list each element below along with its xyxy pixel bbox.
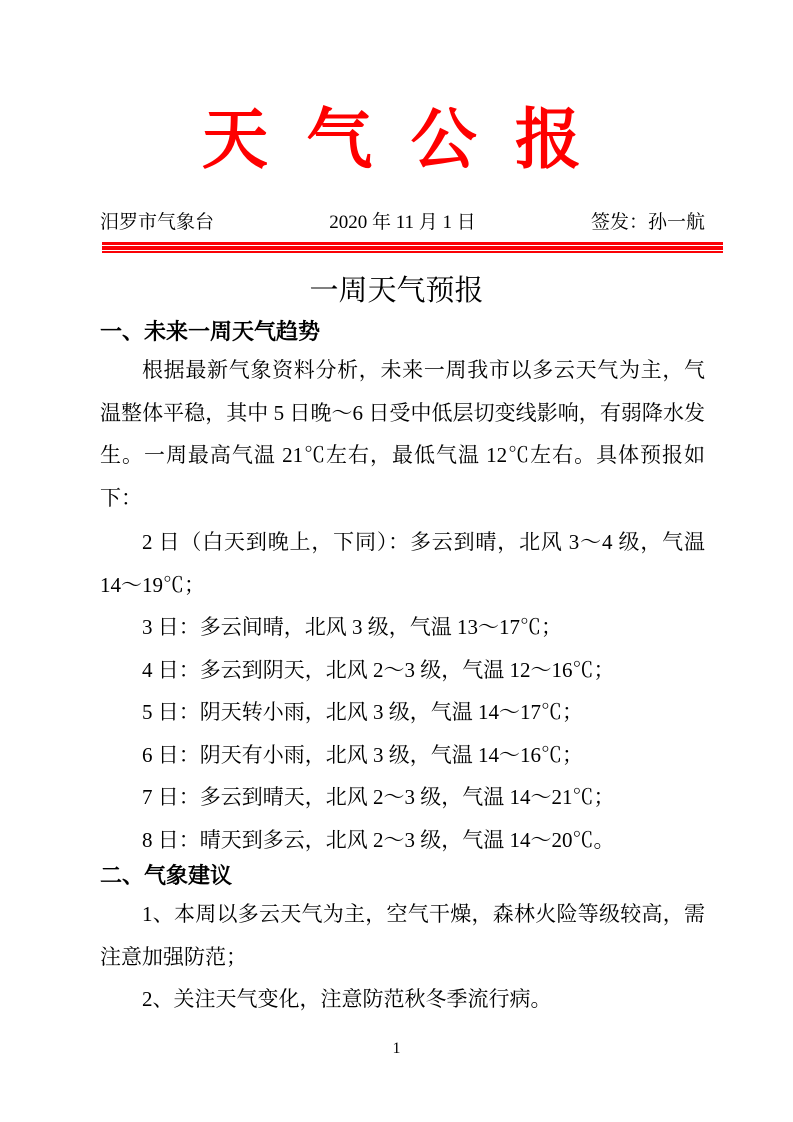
forecast-line-day5: 5 日：阴天转小雨，北风 3 级，气温 14～17℃； <box>100 691 705 734</box>
section-1-intro-paragraph: 根据最新气象资料分析，未来一周我市以多云天气为主，气温整体平稳，其中 5 日晚～… <box>100 349 705 519</box>
section-2-heading: 二、气象建议 <box>100 859 705 893</box>
issuer-signature: 签发：孙一航 <box>591 210 705 236</box>
forecast-line-day8: 8 日：晴天到多云，北风 2～3 级，气温 14～20℃。 <box>100 819 705 862</box>
suggestion-line-2: 2、关注天气变化，注意防范秋冬季流行病。 <box>100 978 705 1021</box>
forecast-line-day4: 4 日：多云到阴天，北风 2～3 级，气温 12～16℃； <box>100 649 705 692</box>
forecast-line-day3: 3 日：多云间晴，北风 3 级，气温 13～17℃； <box>100 606 705 649</box>
weather-bulletin-page: 天 气 公 报 汨罗市气象台 2020 年 11 月 1 日 签发：孙一航 一周… <box>0 0 793 1122</box>
issuing-agency: 汨罗市气象台 <box>100 210 214 236</box>
rule-line-bottom <box>102 251 723 253</box>
document-body: 一、未来一周天气趋势 根据最新气象资料分析，未来一周我市以多云天气为主，气温整体… <box>100 315 705 1021</box>
red-divider-rule <box>102 242 723 253</box>
document-title: 天 气 公 报 <box>0 98 793 180</box>
issue-date: 2020 年 11 月 1 日 <box>329 210 476 236</box>
document-header: 汨罗市气象台 2020 年 11 月 1 日 签发：孙一航 <box>100 210 705 236</box>
page-number: 1 <box>0 1038 793 1060</box>
suggestion-line-1: 1、本周以多云天气为主，空气干燥，森林火险等级较高，需注意加强防范； <box>100 893 705 978</box>
forecast-line-day7: 7 日：多云到晴天，北风 2～3 级，气温 14～21℃； <box>100 776 705 819</box>
section-1-heading: 一、未来一周天气趋势 <box>100 315 705 349</box>
forecast-line-day6: 6 日：阴天有小雨，北风 3 级，气温 14～16℃； <box>100 734 705 777</box>
report-title: 一周天气预报 <box>0 271 793 311</box>
forecast-line-day2: 2 日（白天到晚上，下同）：多云到晴，北风 3～4 级，气温 14～19℃； <box>100 521 705 606</box>
